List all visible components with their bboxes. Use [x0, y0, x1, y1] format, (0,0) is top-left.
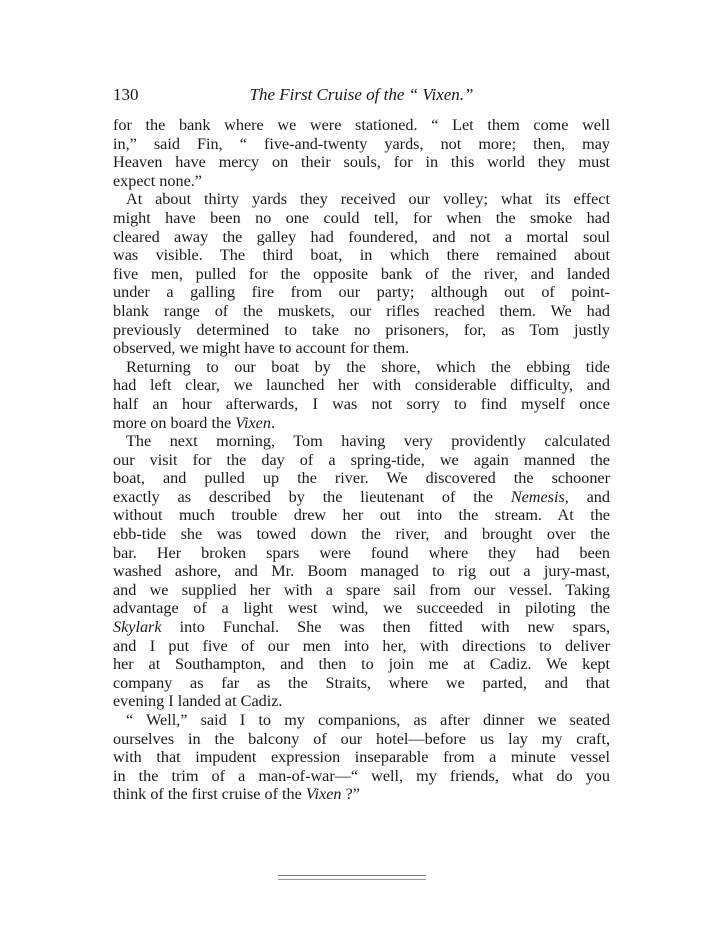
text-line: cleared away the galley had foundered, a…: [113, 228, 610, 247]
text-line: Returning to our boat by the shore, whic…: [113, 358, 610, 377]
text-line: under a galling fire from our party; alt…: [113, 283, 610, 302]
text-line: our visit for the day of a spring-tide, …: [113, 451, 610, 470]
text-line: The next morning, Tom having very provid…: [113, 432, 610, 451]
paragraph: for the bank where we were stationed. “ …: [113, 116, 610, 190]
text-line: with that impudent expression inseparabl…: [113, 748, 610, 767]
text-line: At about thirty yards they received our …: [113, 190, 610, 209]
running-title: The First Cruise of the “ Vixen.”: [113, 84, 610, 106]
text-line: ourselves in the balcony of our hotel—be…: [113, 730, 610, 749]
paragraph: The next morning, Tom having very provid…: [113, 432, 610, 711]
ship-name: Vixen: [306, 785, 342, 803]
text-line: previously determined to take no prisone…: [113, 321, 610, 340]
body-text: for the bank where we were stationed. “ …: [113, 116, 610, 804]
text-line: and I put five of our men into her, with…: [113, 637, 610, 656]
text-line: observed, we might have to account for t…: [113, 339, 610, 358]
text-line: was visible. The third boat, in which th…: [113, 246, 610, 265]
text-line: blank range of the muskets, our rifles r…: [113, 302, 610, 321]
end-divider-rule: [278, 875, 426, 880]
text-line: for the bank where we were stationed. “ …: [113, 116, 610, 135]
ship-name: Nemesis: [511, 488, 565, 506]
text-line: bar. Her broken spars were found where t…: [113, 544, 610, 563]
paragraph: Returning to our boat by the shore, whic…: [113, 358, 610, 432]
text-line: Skylark into Funchal. She was then fitte…: [113, 618, 610, 637]
text-line: without much trouble drew her out into t…: [113, 506, 610, 525]
text-line: more on board the Vixen.: [113, 414, 610, 433]
text-line: “ Well,” said I to my companions, as aft…: [113, 711, 610, 730]
text-line: expect none.”: [113, 172, 610, 191]
paragraph: “ Well,” said I to my companions, as aft…: [113, 711, 610, 804]
paragraph: At about thirty yards they received our …: [113, 190, 610, 357]
ship-name: Skylark: [113, 618, 162, 636]
text-line: company as far as the Straits, where we …: [113, 674, 610, 693]
text-line: five men, pulled for the opposite bank o…: [113, 265, 610, 284]
book-page: 130 The First Cruise of the “ Vixen.” fo…: [0, 0, 715, 952]
text-line: in,” said Fin, “ five-and-twenty yards, …: [113, 135, 610, 154]
text-line: in the trim of a man-of-war—“ well, my f…: [113, 767, 610, 786]
text-line: ebb-tide she was towed down the river, a…: [113, 525, 610, 544]
running-head: 130 The First Cruise of the “ Vixen.”: [113, 84, 610, 106]
text-line: advantage of a light west wind, we succe…: [113, 599, 610, 618]
text-line: boat, and pulled up the river. We discov…: [113, 469, 610, 488]
text-line: and we supplied her with a spare sail fr…: [113, 581, 610, 600]
text-line: washed ashore, and Mr. Boom managed to r…: [113, 562, 610, 581]
text-line: evening I landed at Cadiz.: [113, 692, 610, 711]
text-line: exactly as described by the lieutenant o…: [113, 488, 610, 507]
text-line: her at Southampton, and then to join me …: [113, 655, 610, 674]
text-line: had left clear, we launched her with con…: [113, 376, 610, 395]
text-line: Heaven have mercy on their souls, for in…: [113, 153, 610, 172]
text-line: think of the first cruise of the Vixen ?…: [113, 785, 610, 804]
ship-name: Vixen: [235, 414, 271, 432]
text-line: might have been no one could tell, for w…: [113, 209, 610, 228]
text-line: half an hour afterwards, I was not sorry…: [113, 395, 610, 414]
